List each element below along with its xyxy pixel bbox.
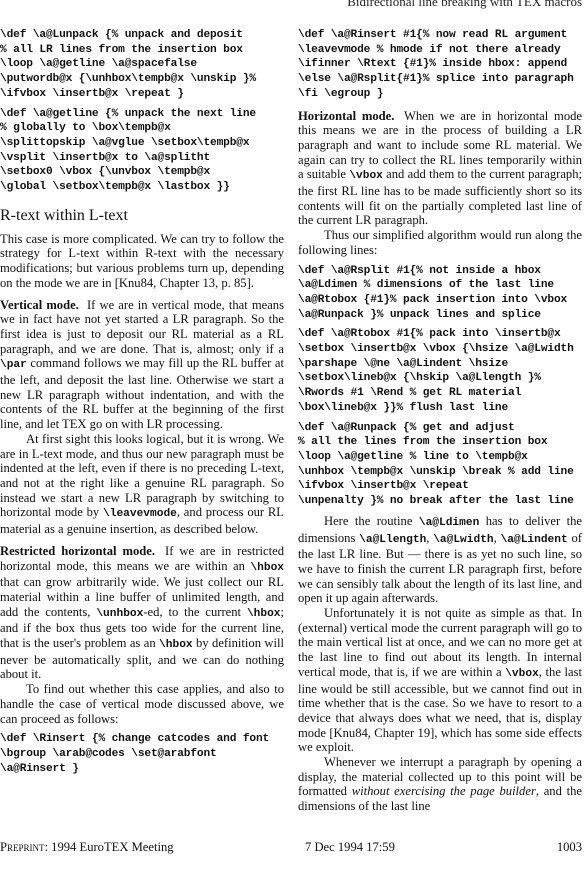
page-number: 1003 (557, 840, 582, 855)
page-footer: Preprint: 1994 EuroTEX Meeting 7 Dec 199… (0, 840, 584, 858)
paragraph-intro: This case is more complicated. We can tr… (0, 232, 284, 291)
runin-heading-vertical-mode: Vertical mode. (0, 298, 79, 312)
command-leavevmode: \leavevmode (103, 508, 177, 520)
command-a-ldimen: \a@Ldimen (419, 517, 479, 529)
command-a-lindent: \a@Lindent (501, 534, 568, 546)
paragraph-vertical-mode: Vertical mode. If we are in vertical mod… (0, 298, 284, 432)
paragraph-horizontal-mode: Horizontal mode. When we are in horizont… (298, 109, 582, 229)
code-block-a-rtobox: \def \a@Rtobox #1{% pack into \insertb@x… (298, 327, 582, 415)
command-hbox: \hbox (159, 639, 193, 651)
right-column: \def \a@Rinsert #1{% now read RL argumen… (298, 28, 582, 814)
text-span: command follows we may fill up the RL bu… (0, 356, 284, 431)
command-hbox: \hbox (250, 562, 284, 574)
command-a-lwidth: \a@Lwidth (433, 534, 493, 546)
code-block-rinsert: \def \Rinsert {% change catcodes and fon… (0, 732, 284, 776)
code-block-a-lunpack: \def \a@Lunpack {% unpack and deposit % … (0, 28, 284, 102)
running-head: Bidirectional line breaking with TEX mac… (347, 0, 582, 10)
paragraph-unfortunately: Unfortunately it is not quite as simple … (298, 606, 582, 755)
runin-heading-restricted-mode: Restricted horizontal mode. (0, 544, 155, 558)
command-unhbox: \unhbox (96, 608, 143, 620)
code-block-a-runpack: \def \a@Runpack {% get and adjust % all … (298, 421, 582, 509)
command-par: \par (0, 359, 27, 371)
text-span: -ed, to the current (143, 605, 241, 619)
section-title: R-text within L-text (0, 207, 284, 225)
preprint-label: Preprint (0, 840, 45, 854)
code-block-a-rinsert: \def \a@Rinsert #1{% now read RL argumen… (298, 28, 582, 102)
paragraph-thus: Thus our simplified algorithm would run … (298, 228, 582, 257)
code-block-a-rsplit: \def \a@Rsplit #1{% not inside a hbox \a… (298, 264, 582, 323)
footer-preprint: Preprint: 1994 EuroTEX Meeting (0, 840, 174, 855)
command-a-llength: \a@Llength (359, 534, 426, 546)
preprint-suffix: : 1994 EuroTEX Meeting (45, 840, 174, 854)
paragraph-here-the-routine: Here the routine \a@Ldimen has to delive… (298, 514, 582, 606)
paragraph-to-find-out: To find out whether this case applies, a… (0, 682, 284, 726)
paragraph-restricted-mode: Restricted horizontal mode. If we are in… (0, 544, 284, 682)
footer-date: 7 Dec 1994 17:59 (305, 840, 395, 855)
separator: , (426, 531, 429, 545)
command-vbox: \vbox (505, 668, 539, 680)
separator: , (494, 531, 497, 545)
text-span: Here the routine (324, 514, 412, 528)
paragraph-first-sight: At first sight this looks logical, but i… (0, 432, 284, 537)
paragraph-whenever: Whenever we interrupt a paragraph by ope… (298, 755, 582, 814)
runin-heading-horizontal-mode: Horizontal mode. (298, 109, 394, 123)
command-hbox: \hbox (247, 608, 281, 620)
emphasis-text: without exercising the page builder (352, 784, 536, 798)
left-column: \def \a@Lunpack {% unpack and deposit % … (0, 28, 284, 781)
command-vbox: \vbox (349, 170, 383, 182)
code-block-a-getline: \def \a@getline {% unpack the next line … (0, 107, 284, 195)
